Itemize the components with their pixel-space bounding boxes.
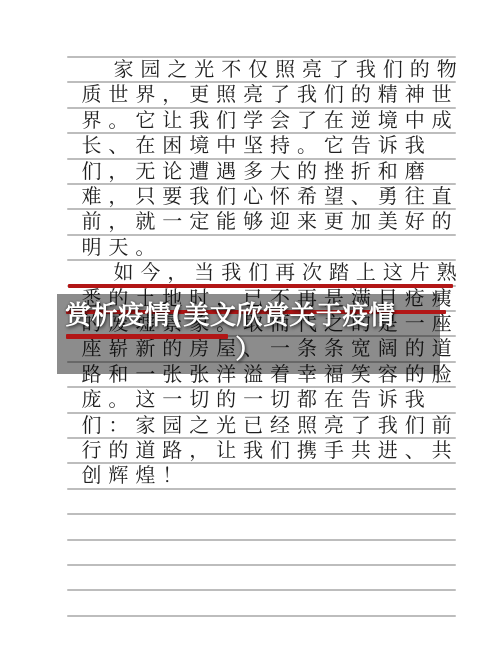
red-underline [66, 334, 228, 339]
red-underlines-layer [0, 0, 500, 668]
red-underline [66, 310, 446, 314]
red-underline [68, 284, 453, 288]
article-page-image: 家园之光不仅照亮了我们的物质世界，更照亮了我们的精神世界。它让我们学会了在逆境中… [0, 0, 500, 668]
